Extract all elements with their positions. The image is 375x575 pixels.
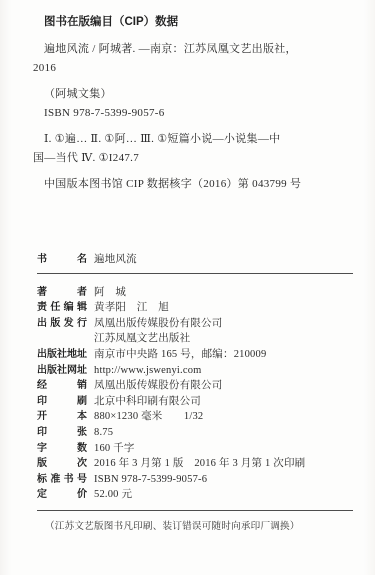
cip-header: 图书在版编目（CIP）数据 <box>44 13 375 31</box>
colophon-value: 2016 年 3 月第 1 版 2016 年 3 月第 1 次印刷 <box>94 456 305 472</box>
colophon-value: 160 千字 <box>94 441 135 457</box>
colophon-label: 责任编辑 <box>37 300 87 316</box>
colophon-label: 标准书号 <box>37 472 87 488</box>
colophon-row-isbn: 标准书号 ISBN 978-7-5399-9057-6 <box>0 472 375 488</box>
colophon-value: 南京市中央路 165 号，邮编：210009 <box>94 347 266 363</box>
cip-classification-line-1: Ⅰ. ①遍… Ⅱ. ①阿… Ⅲ. ①短篇小说—小说集—中 <box>44 130 375 149</box>
colophon-value: 凤凰出版传媒股份有限公司 <box>94 316 222 332</box>
colophon-row-publisher: 出版发行 凤凰出版传媒股份有限公司 <box>0 316 375 332</box>
cip-title-line: 遍地风流 / 阿城著. —南京：江苏凤凰文艺出版社， <box>44 40 375 59</box>
cip-year-line: 2016 <box>33 59 375 78</box>
colophon-label: 字数 <box>37 441 87 457</box>
colophon-row-author: 著者 阿 城 <box>0 285 375 301</box>
colophon-value: 凤凰出版传媒股份有限公司 <box>94 378 222 394</box>
colophon-row-sheets: 印张 8.75 <box>0 425 375 441</box>
colophon-row-format: 开本 880×1230 毫米 1/32 <box>0 409 375 425</box>
colophon-row-editor: 责任编辑 黄孝阳 江 旭 <box>0 300 375 316</box>
colophon-value: 8.75 <box>94 425 113 441</box>
colophon-value: ISBN 978-7-5399-9057-6 <box>94 472 207 488</box>
cip-series-line: （阿城文集） <box>44 85 375 104</box>
colophon-label: 出版社地址 <box>37 347 87 363</box>
colophon-value: 黄孝阳 江 旭 <box>94 300 169 316</box>
colophon-row-word-count: 字数 160 千字 <box>0 441 375 457</box>
colophon-label: 印张 <box>37 425 87 441</box>
colophon-label: 经销 <box>37 378 87 394</box>
colophon-row-edition: 版次 2016 年 3 月第 1 版 2016 年 3 月第 1 次印刷 <box>0 456 375 472</box>
colophon-label: 书名 <box>37 252 87 268</box>
colophon-value: 阿 城 <box>94 285 126 301</box>
colophon-row-website: 出版社网址 http://www.jswenyi.com <box>0 363 375 379</box>
colophon-label: 版次 <box>37 456 87 472</box>
colophon-row-address: 出版社地址 南京市中央路 165 号，邮编：210009 <box>0 347 375 363</box>
colophon-value: 880×1230 毫米 1/32 <box>94 409 203 425</box>
colophon-row-distributor: 经销 凤凰出版传媒股份有限公司 <box>0 378 375 394</box>
replacement-notice: （江苏文艺版图书凡印刷、装订错误可随时向承印厂调换） <box>45 520 375 534</box>
cip-record-number-line: 中国版本图书馆 CIP 数据核字（2016）第 043799 号 <box>44 175 375 194</box>
colophon-row-printer: 印刷 北京中科印刷有限公司 <box>0 394 375 410</box>
colophon-table: 书名 遍地风流 著者 阿 城 责任编辑 黄孝阳 江 旭 出版发行 凤凰出版传媒股… <box>0 252 375 534</box>
divider-bottom <box>37 510 353 511</box>
colophon-label: 印刷 <box>37 394 87 410</box>
colophon-label: 著者 <box>37 285 87 301</box>
colophon-row-book-title: 书名 遍地风流 <box>0 252 375 268</box>
colophon-label: 开本 <box>37 409 87 425</box>
cip-classification-line-2: 国—当代 Ⅳ. ①I247.7 <box>33 149 375 168</box>
colophon-value: 52.00 元 <box>94 487 132 503</box>
cip-isbn-line: ISBN 978-7-5399-9057-6 <box>44 104 375 123</box>
colophon-value: http://www.jswenyi.com <box>94 363 202 379</box>
colophon-value: 江苏凤凰文艺出版社 <box>94 331 190 347</box>
divider-top <box>37 273 353 274</box>
colophon-value: 北京中科印刷有限公司 <box>94 394 201 410</box>
colophon-label: 定价 <box>37 487 87 503</box>
copyright-page: 图书在版编目（CIP）数据 遍地风流 / 阿城著. —南京：江苏凤凰文艺出版社，… <box>0 0 375 575</box>
colophon-label: 出版社网址 <box>37 363 87 379</box>
cip-block: 图书在版编目（CIP）数据 遍地风流 / 阿城著. —南京：江苏凤凰文艺出版社，… <box>0 0 375 194</box>
colophon-value: 遍地风流 <box>94 252 137 268</box>
colophon-row-publisher-2: 江苏凤凰文艺出版社 <box>0 331 375 347</box>
colophon-label: 出版发行 <box>37 316 87 332</box>
colophon-row-price: 定价 52.00 元 <box>0 487 375 503</box>
